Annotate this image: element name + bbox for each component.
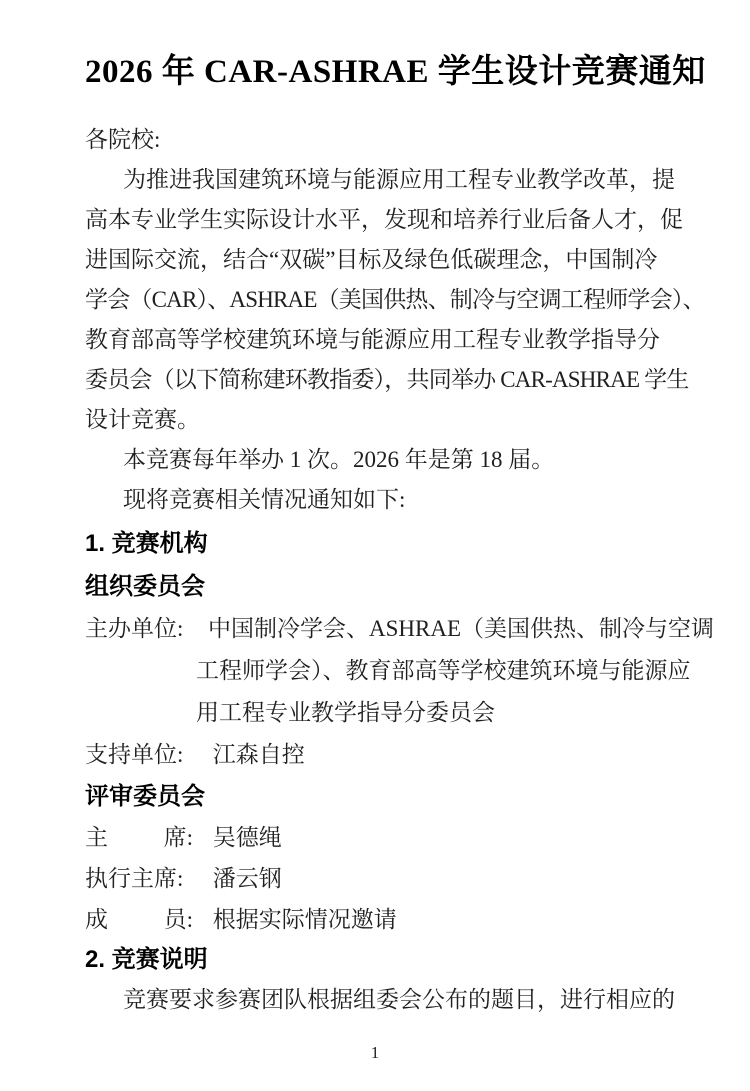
- intro-line: 进国际交流，结合“双碳”目标及绿色低碳理念，中国制冷: [85, 240, 679, 280]
- intro-line: 高本专业学生实际设计水平，发现和培养行业后备人才，促: [85, 200, 679, 240]
- review-committee-heading: 评审委员会: [85, 776, 679, 817]
- members-label-first: 成: [85, 899, 108, 940]
- intro-line: 委员会（以下简称建环教指委），共同举办 CAR-ASHRAE 学生: [85, 360, 679, 400]
- document-title: 2026 年 CAR-ASHRAE 学生设计竞赛通知: [85, 48, 679, 96]
- members-label-last: 员:: [164, 899, 193, 940]
- support-unit-label: 支持单位:: [85, 734, 193, 776]
- host-unit-row: 主办单位: 中国制冷学会、ASHRAE（美国供热、制冷与空调 工程师学会）、教育…: [85, 608, 679, 734]
- members-row: 成 员: 根据实际情况邀请: [85, 899, 679, 940]
- frequency-line: 本竞赛每年举办 1 次。2026 年是第 18 届。: [85, 440, 679, 480]
- host-unit-label: 主办单位:: [85, 608, 193, 650]
- intro-line: 为推进我国建筑环境与能源应用工程专业教学改革，提: [85, 160, 679, 200]
- members-value: 根据实际情况邀请: [213, 907, 397, 932]
- exec-chair-label: 执行主席:: [85, 858, 193, 899]
- document-page: 2026 年 CAR-ASHRAE 学生设计竞赛通知 各院校: 为推进我国建筑环…: [0, 0, 750, 1091]
- support-unit-row: 支持单位: 江森自控: [85, 734, 679, 776]
- chair-label: 主 席:: [85, 817, 193, 858]
- exec-chair-row: 执行主席: 潘云钢: [85, 858, 679, 899]
- chair-label-last: 席:: [164, 817, 193, 858]
- members-label: 成 员:: [85, 899, 193, 940]
- host-unit-line: 中国制冷学会、ASHRAE（美国供热、制冷与空调: [196, 608, 679, 650]
- org-committee-heading: 组织委员会: [85, 566, 679, 608]
- document-body: 2026 年 CAR-ASHRAE 学生设计竞赛通知 各院校: 为推进我国建筑环…: [85, 48, 679, 1020]
- section-2-heading: 2. 竞赛说明: [85, 940, 679, 980]
- host-unit-line: 用工程专业教学指导分委员会: [196, 692, 679, 734]
- intro-paragraph: 为推进我国建筑环境与能源应用工程专业教学改革，提 高本专业学生实际设计水平，发现…: [85, 160, 679, 440]
- support-unit-value: 江森自控: [213, 742, 305, 767]
- intro-line: 学会（CAR）、ASHRAE（美国供热、制冷与空调工程师学会）、: [85, 280, 679, 320]
- notice-line: 现将竞赛相关情况通知如下:: [85, 480, 679, 520]
- chair-label-first: 主: [85, 817, 108, 858]
- chair-row: 主 席: 吴德绳: [85, 817, 679, 858]
- host-unit-line: 工程师学会）、教育部高等学校建筑环境与能源应: [196, 650, 679, 692]
- section-1-heading: 1. 竞赛机构: [85, 524, 679, 564]
- section-2-first-line: 竞赛要求参赛团队根据组委会公布的题目，进行相应的: [85, 980, 679, 1020]
- exec-chair-value: 潘云钢: [213, 866, 282, 891]
- salutation-line: 各院校:: [85, 120, 679, 160]
- chair-value: 吴德绳: [213, 825, 282, 850]
- intro-line: 教育部高等学校建筑环境与能源应用工程专业教学指导分: [85, 320, 679, 360]
- host-unit-content: 中国制冷学会、ASHRAE（美国供热、制冷与空调 工程师学会）、教育部高等学校建…: [196, 608, 679, 734]
- page-number: 1: [0, 1042, 750, 1064]
- intro-line: 设计竞赛。: [85, 400, 679, 440]
